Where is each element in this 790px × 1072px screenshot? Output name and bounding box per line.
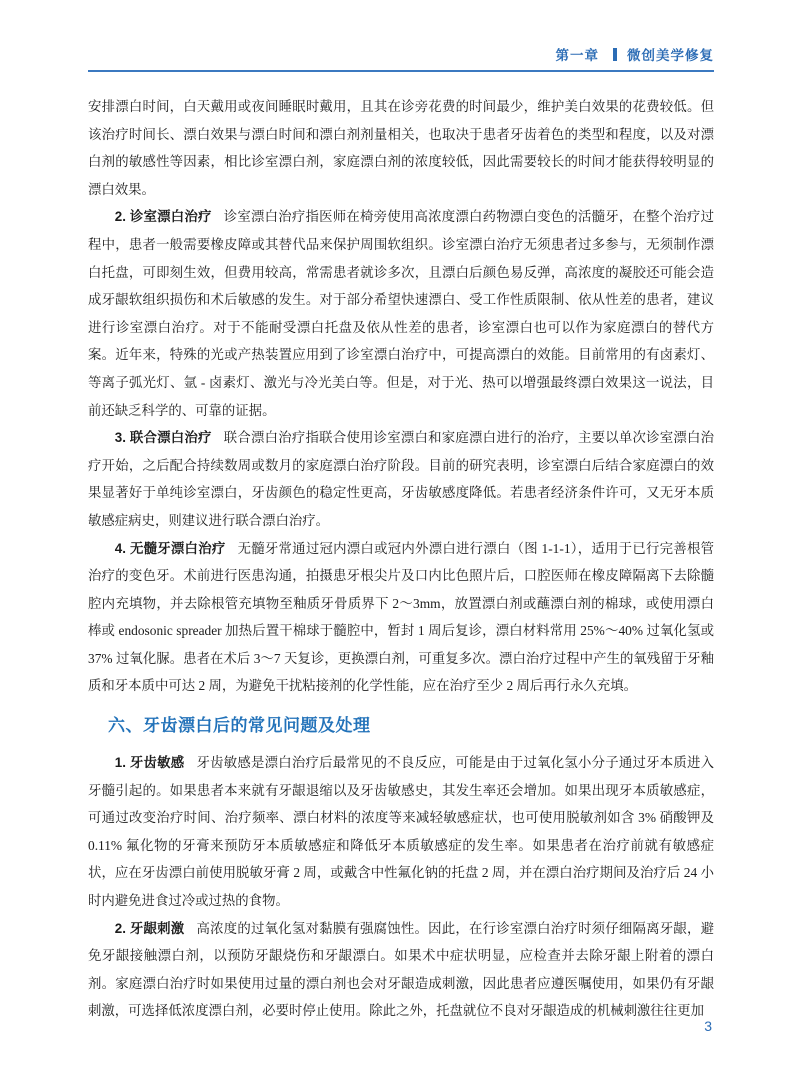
item-label: 3. 联合漂白治疗 [115,430,212,445]
issue-item-gingival-irritation: 2. 牙龈刺激高浓度的过氧化氢对黏膜有强腐蚀性。因此，在行诊室漂白治疗时须仔细隔… [88,915,714,1025]
item-label: 1. 牙齿敏感 [115,755,185,770]
section-heading: 六、牙齿漂白后的常见问题及处理 [108,717,714,734]
item-text: 无髓牙常通过冠内漂白或冠内外漂白进行漂白（图 1-1-1），适用于已行完善根管治… [88,541,714,694]
numbered-item-combined-bleaching: 3. 联合漂白治疗联合漂白治疗指联合使用诊室漂白和家庭漂白进行的治疗，主要以单次… [88,424,714,534]
item-text: 诊室漂白治疗指医师在椅旁使用高浓度漂白药物漂白变色的活髓牙，在整个治疗过程中，患… [88,209,714,417]
book-page: 第一章 微创美学修复 安排漂白时间，白天戴用或夜间睡眠时戴用，且其在诊旁花费的时… [0,0,790,1072]
item-text: 牙齿敏感是漂白治疗后最常见的不良反应，可能是由于过氧化氢小分子通过牙本质进入牙髓… [88,755,714,908]
item-label: 4. 无髓牙漂白治疗 [115,541,226,556]
issue-item-tooth-sensitivity: 1. 牙齿敏感牙齿敏感是漂白治疗后最常见的不良反应，可能是由于过氧化氢小分子通过… [88,749,714,915]
running-header: 第一章 微创美学修复 [88,44,714,72]
numbered-item-nonvital-bleaching: 4. 无髓牙漂白治疗无髓牙常通过冠内漂白或冠内外漂白进行漂白（图 1-1-1），… [88,535,714,701]
chapter-title: 微创美学修复 [627,44,714,64]
page-body: 安排漂白时间，白天戴用或夜间睡眠时戴用，且其在诊旁花费的时间最少，维护美白效果的… [88,93,714,1025]
numbered-item-office-bleaching: 2. 诊室漂白治疗诊室漂白治疗指医师在椅旁使用高浓度漂白药物漂白变色的活髓牙，在… [88,203,714,424]
item-label: 2. 牙龈刺激 [115,921,185,936]
paragraph-continuation: 安排漂白时间，白天戴用或夜间睡眠时戴用，且其在诊旁花费的时间最少，维护美白效果的… [88,93,714,203]
page-number: 3 [704,1018,712,1034]
header-separator-bar [613,48,617,61]
item-label: 2. 诊室漂白治疗 [115,209,212,224]
chapter-label: 第一章 [556,44,600,64]
